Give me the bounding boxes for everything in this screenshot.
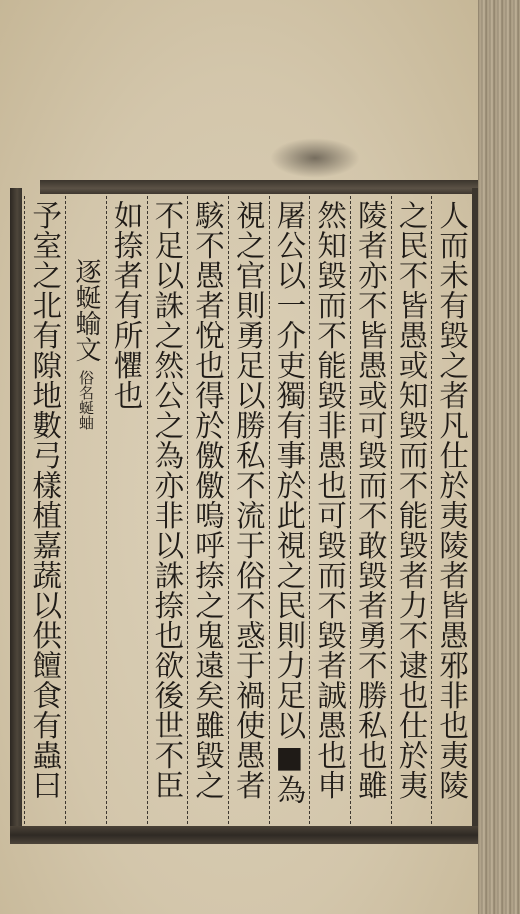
- book-page-edges: [478, 0, 520, 914]
- text-column-5: 屠公以一介吏獨有事於此視之民則力足以■為: [269, 196, 310, 824]
- text-column-1: 人而未有毀之者凡仕於夷陵者皆愚邪非也夷陵: [431, 196, 472, 824]
- text-column-8: 不足以誅之然公之為亦非以誅捺也欲後世不臣: [147, 196, 188, 824]
- column-text: 陵者亦不皆愚或可毀而不敢毀者勇不勝私也雖: [351, 196, 391, 824]
- frame-border-left: [10, 188, 22, 838]
- title-annotation: 俗名蜒蚰: [66, 362, 106, 430]
- text-column-9: 如捺者有所懼也: [106, 196, 147, 824]
- column-text: 如捺者有所懼也: [107, 196, 147, 824]
- frame-border-bottom: [10, 826, 478, 844]
- text-column-3: 陵者亦不皆愚或可毀而不敢毀者勇不勝私也雖: [350, 196, 391, 824]
- column-text: 人而未有毀之者凡仕於夷陵者皆愚邪非也夷陵: [432, 196, 472, 824]
- column-text: 之民不皆愚或知毀而不能毀者力不逮也仕於夷: [391, 196, 431, 824]
- frame-border-top: [40, 180, 478, 194]
- ink-smudge: [270, 138, 360, 178]
- text-column-11: 予室之北有隙地數弓樣植嘉蔬以供饘食有蟲曰: [24, 196, 65, 824]
- essay-title-group: 逐蜒蝓文俗名蜒蚰: [66, 196, 106, 824]
- text-column-6: 視之官則勇足以勝私不流于俗不惑于禍使愚者: [228, 196, 269, 824]
- column-text: 駭不愚者悅也得於儌儌嗚呼捺之鬼遠矣雖毀之: [188, 196, 228, 824]
- column-text: 然知毀而不能毀非愚也可毀而不毀者誠愚也申: [310, 196, 350, 824]
- frame-border-right: [472, 188, 478, 838]
- column-text: 不足以誅之然公之為亦非以誅捺也欲後世不臣: [147, 196, 187, 824]
- text-column-4: 然知毀而不能毀非愚也可毀而不毀者誠愚也申: [309, 196, 350, 824]
- column-text: 予室之北有隙地數弓樣植嘉蔬以供饘食有蟲曰: [25, 196, 65, 824]
- text-column-2: 之民不皆愚或知毀而不能毀者力不逮也仕於夷: [391, 196, 432, 824]
- text-column-7: 駭不愚者悅也得於儌儌嗚呼捺之鬼遠矣雖毀之: [187, 196, 228, 824]
- column-text: 屠公以一介吏獨有事於此視之民則力足以■為: [269, 196, 309, 824]
- essay-title: 逐蜒蝓文: [71, 258, 101, 362]
- title-column: 逐蜒蝓文俗名蜒蚰: [65, 196, 106, 824]
- text-columns: 人而未有毀之者凡仕於夷陵者皆愚邪非也夷陵 之民不皆愚或知毀而不能毀者力不逮也仕於…: [24, 196, 472, 824]
- column-text: 視之官則勇足以勝私不流于俗不惑于禍使愚者: [229, 196, 269, 824]
